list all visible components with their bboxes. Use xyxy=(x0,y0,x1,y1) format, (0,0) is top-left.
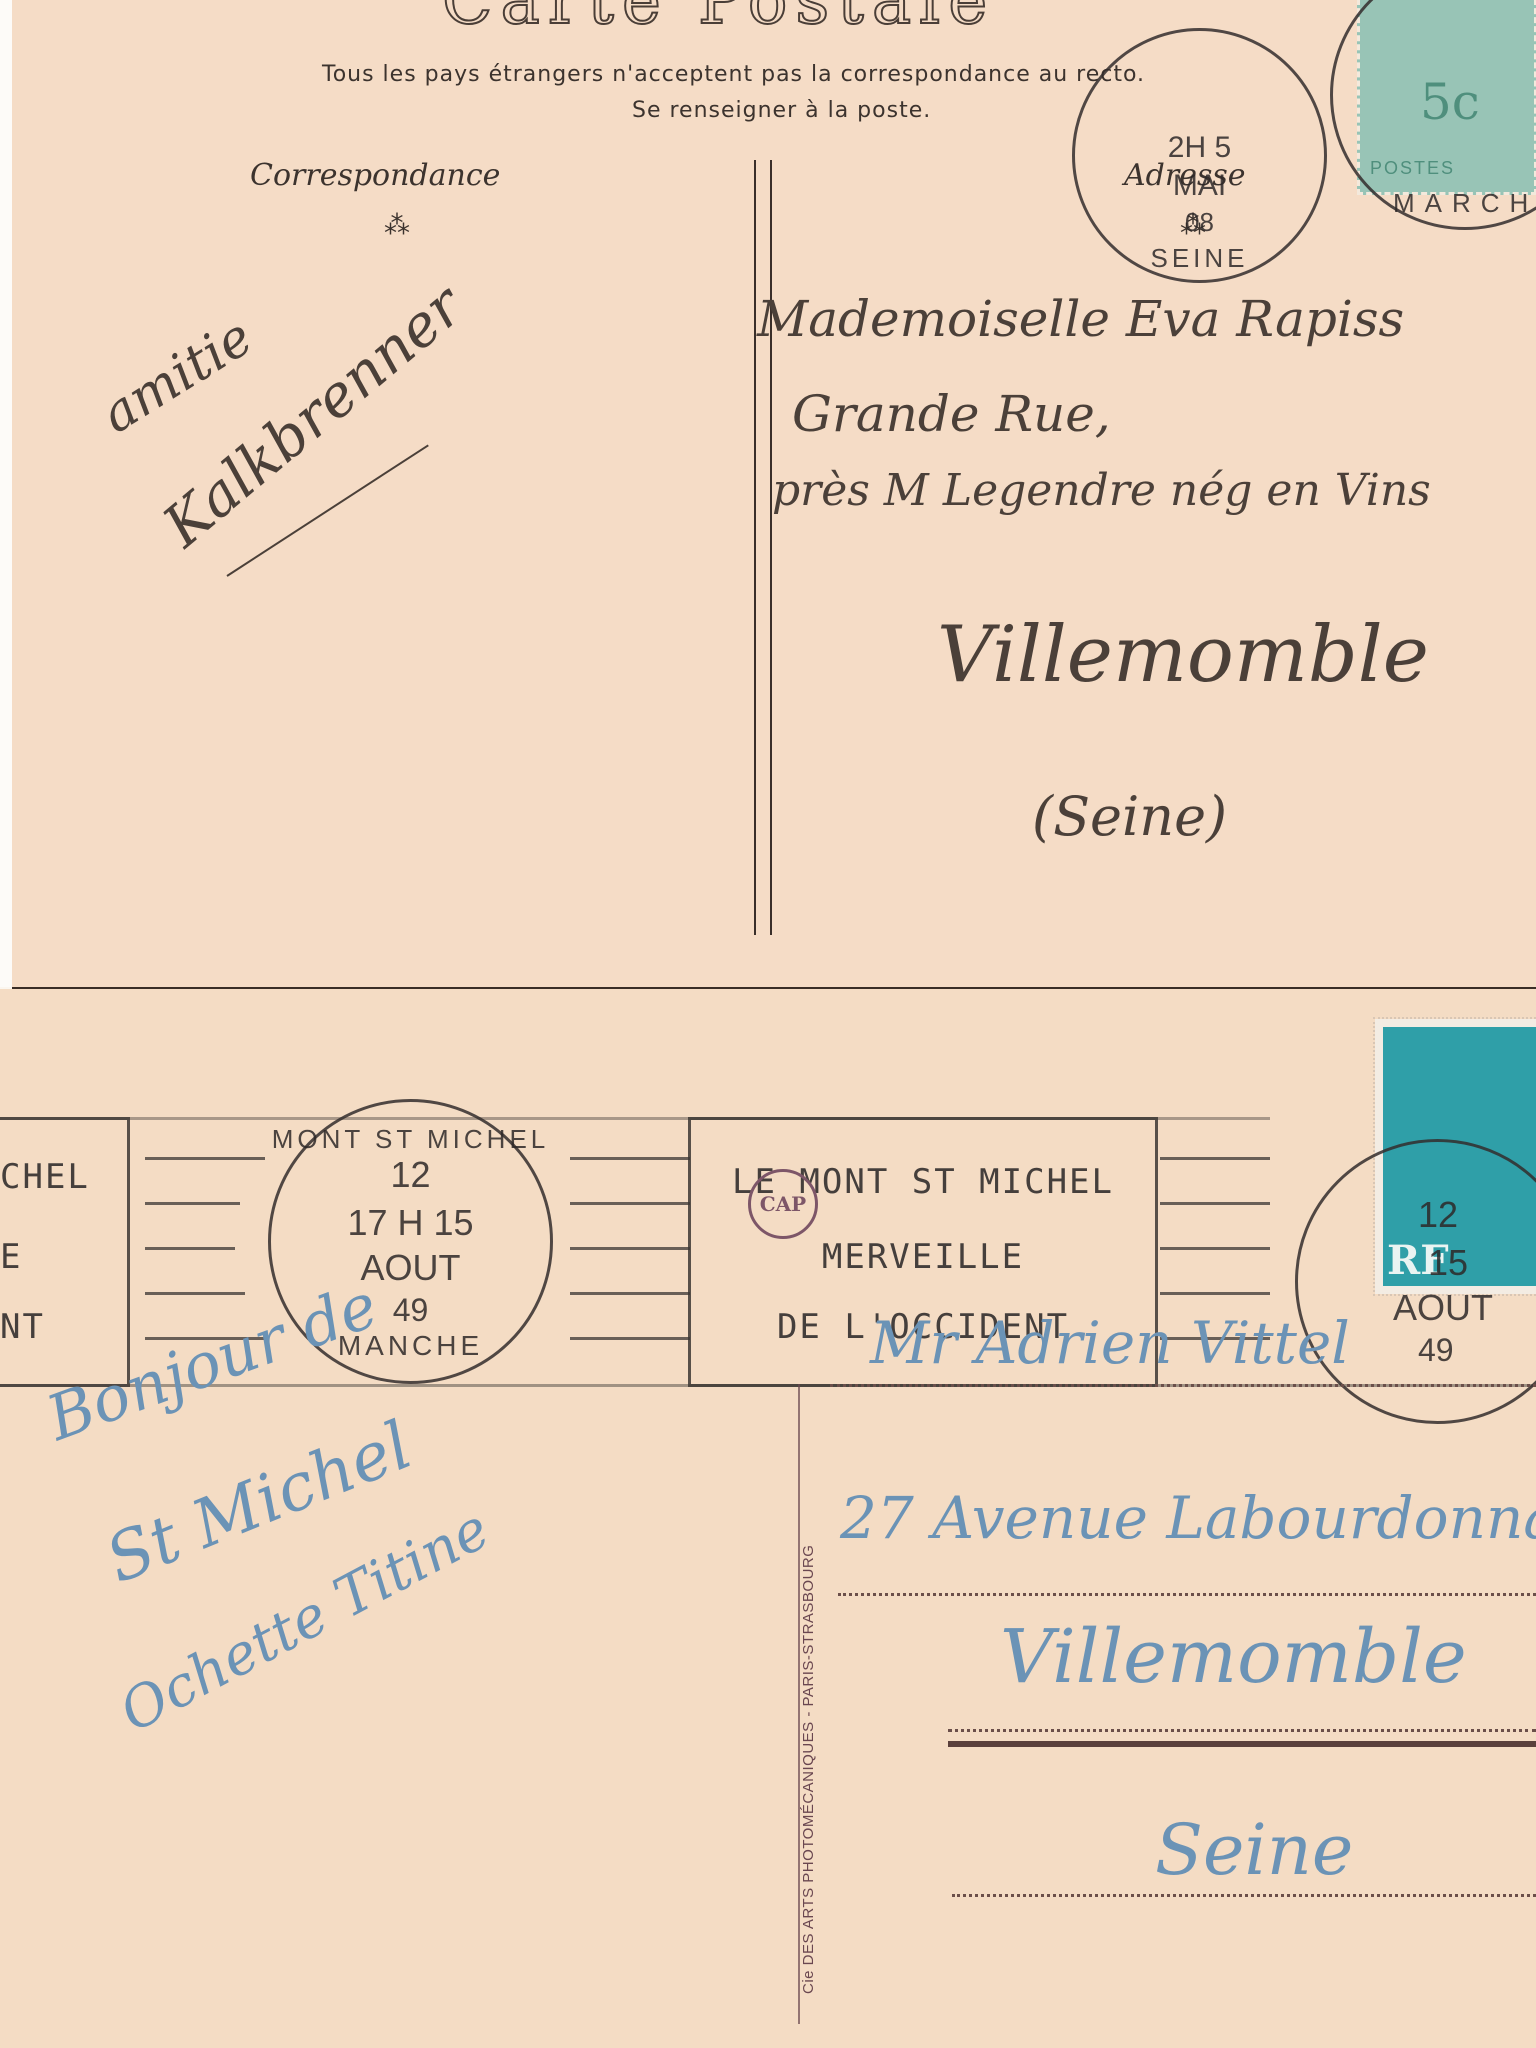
address-rule-1 xyxy=(830,1384,1536,1387)
postmark-year: 08 xyxy=(1075,207,1324,238)
postmark-place: SEINE xyxy=(1075,243,1324,274)
address-city: Villemomble xyxy=(937,610,1429,700)
message-signature: Kalkbrenner xyxy=(150,272,475,560)
city-underline xyxy=(948,1741,1536,1747)
postmark-day: 12 xyxy=(271,1154,550,1196)
center-divider xyxy=(754,160,772,935)
ornament-left-icon: ⁂ xyxy=(384,210,410,241)
postmark-seine: 2H 5 MAI 08 SEINE xyxy=(1072,28,1327,283)
address-rule-2 xyxy=(838,1593,1536,1596)
postcard-1949: CHEL E NT MONT ST MICHEL 12 17 H 15 AOUT… xyxy=(0,989,1536,2048)
address-rule-3 xyxy=(948,1729,1536,1732)
address-region: Seine xyxy=(1155,1809,1353,1891)
postcard-1908: Carte Postale Tous les pays étrangers n'… xyxy=(12,0,1536,989)
postmark2-time: 15 xyxy=(1428,1242,1468,1284)
address-line-2: Grande Rue, xyxy=(792,385,1111,443)
flag-left-line-2: E xyxy=(0,1237,22,1277)
address-line-2: 27 Avenue Labourdonnais xyxy=(840,1484,1536,1552)
postmark2-fragment: MARCH xyxy=(1393,188,1536,219)
address-rule-4 xyxy=(952,1894,1536,1897)
card-title: Carte Postale xyxy=(442,0,995,39)
postmark2-month: AOUT xyxy=(1393,1287,1493,1329)
address-region: (Seine) xyxy=(1032,785,1227,848)
notice-line-2: Se renseigner à la poste. xyxy=(632,98,931,123)
flag-slogan-line-2: MERVEILLE xyxy=(691,1237,1155,1277)
flag-left-line-3: NT xyxy=(0,1307,45,1347)
postmark2-day: 12 xyxy=(1418,1194,1458,1236)
postmark-time: 2H 5 xyxy=(1075,131,1324,165)
address-line-3: près M Legendre nég en Vins xyxy=(772,465,1431,516)
postmark-month: AOUT xyxy=(271,1247,550,1289)
postmark2-year: 49 xyxy=(1418,1332,1454,1369)
notice-line-1: Tous les pays étrangers n'acceptent pas … xyxy=(322,62,1145,87)
publisher-imprint: Cie DES ARTS PHOTOMÉCANIQUES - PARIS-STR… xyxy=(800,1545,817,1994)
scan-margin xyxy=(0,0,12,987)
cap-cachet-icon: CAP xyxy=(748,1169,818,1239)
address-line-1: Mr Adrien Vittel xyxy=(870,1309,1350,1377)
postmark-time: 17 H 15 xyxy=(271,1202,550,1244)
postmark-overstamp: MARCH xyxy=(1330,0,1536,230)
message-line-1: amitie xyxy=(91,307,263,445)
address-city: Villemomble xyxy=(1000,1614,1467,1700)
postmark-month: MAI xyxy=(1075,169,1324,203)
postmark-top-text: MONT ST MICHEL xyxy=(271,1124,550,1155)
postmark-on-stamp: 12 15 AOUT 49 xyxy=(1295,1139,1536,1424)
address-line-1: Mademoiselle Eva Rapiss xyxy=(757,290,1404,348)
correspondence-heading: Correspondance xyxy=(250,158,500,193)
flag-left-line-1: CHEL xyxy=(0,1157,90,1197)
flag-lines-2 xyxy=(570,1157,690,1340)
